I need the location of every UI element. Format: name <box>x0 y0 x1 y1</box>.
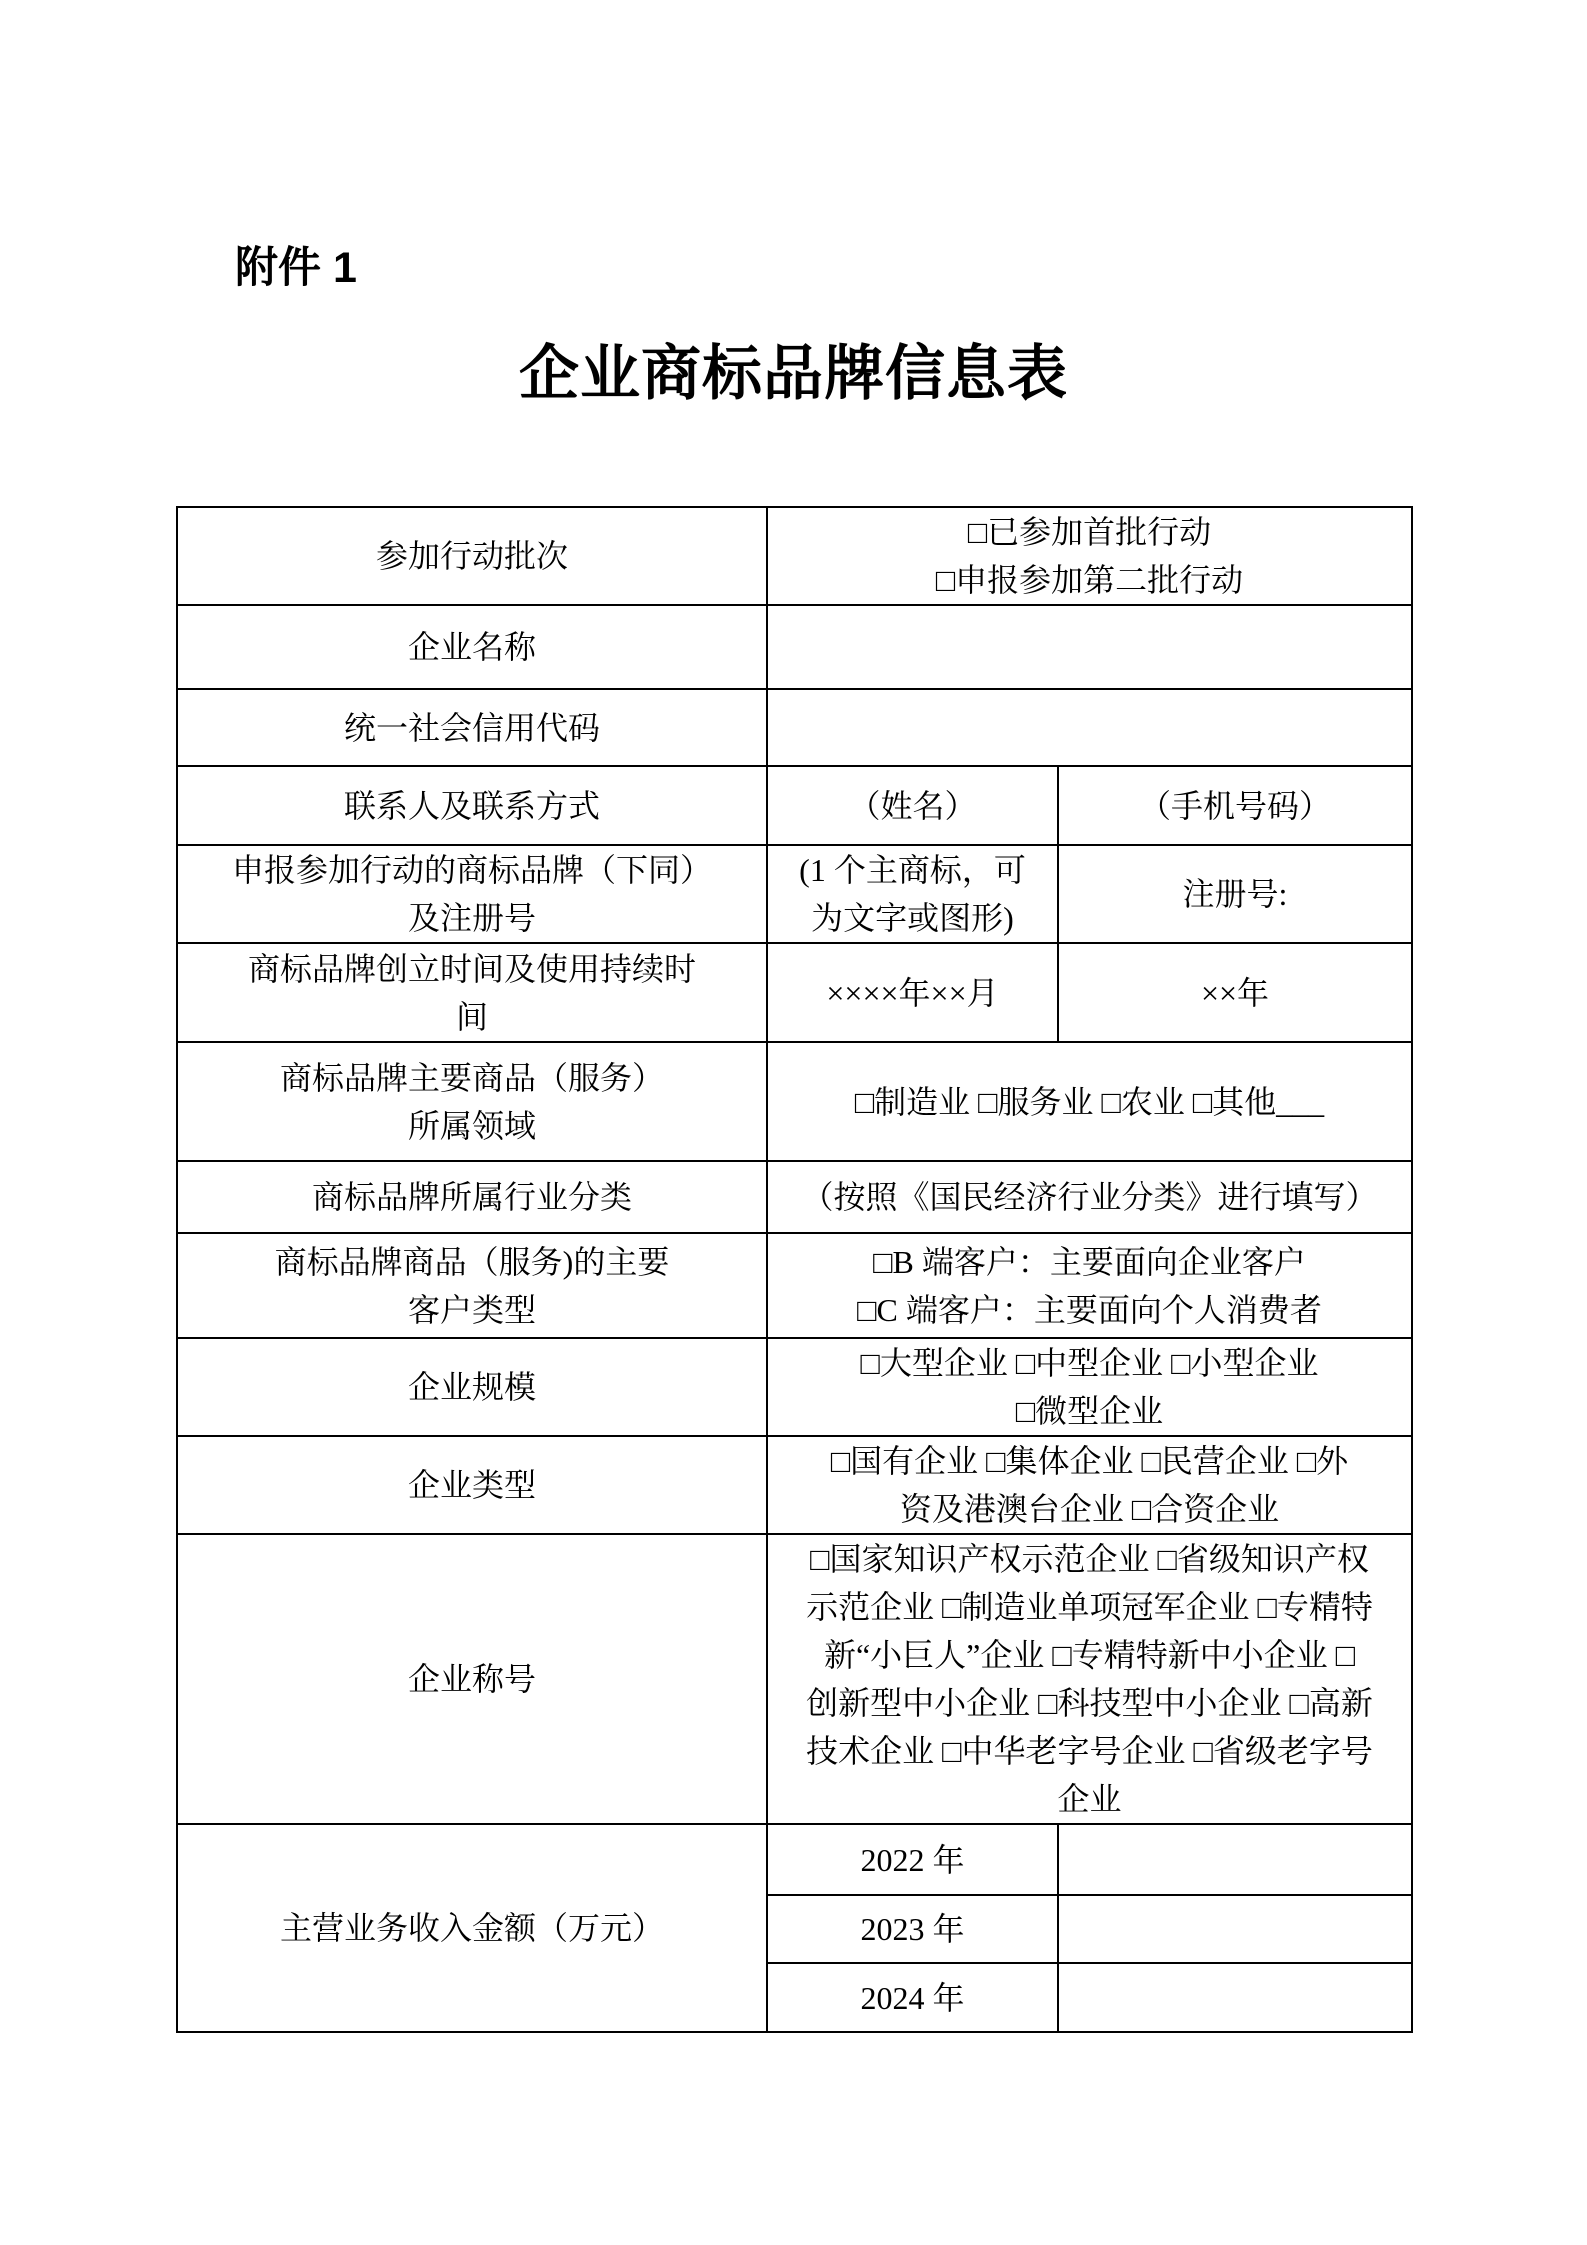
row-credit-code: 统一社会信用代码 <box>177 689 1412 766</box>
row-label: 商标品牌主要商品（服务） <box>178 1054 766 1102</box>
registration-number-label: 注册号: <box>1059 870 1411 918</box>
contact-phone-cell[interactable]: （手机号码） <box>1058 766 1412 845</box>
row-label: 企业名称 <box>178 623 766 671</box>
contact-phone-hint: （手机号码） <box>1059 782 1411 830</box>
doc-title: 企业商标品牌信息表 <box>0 338 1587 410</box>
revenue-2023-input-cell[interactable] <box>1058 1895 1412 1963</box>
founding-time-label-cell: 商标品牌创立时间及使用持续时 间 <box>177 943 767 1042</box>
trademark-hint: (1 个主商标，可 <box>768 846 1057 894</box>
industry-hint-cell[interactable]: （按照《国民经济行业分类》进行填写） <box>767 1161 1412 1233</box>
trademark-main-cell[interactable]: (1 个主商标，可 为文字或图形) <box>767 845 1058 943</box>
attachment-label: 附件 1 <box>235 240 357 296</box>
checkbox-option: 资及港澳台企业 □合资企业 <box>768 1485 1411 1533</box>
checkbox-option: □大型企业 □中型企业 □小型企业 <box>768 1339 1411 1387</box>
company-name-label-cell: 企业名称 <box>177 605 767 689</box>
credit-code-label-cell: 统一社会信用代码 <box>177 689 767 766</box>
revenue-year-cell: 2024 年 <box>767 1963 1058 2032</box>
row-label: 联系人及联系方式 <box>178 782 766 830</box>
revenue-year-cell: 2022 年 <box>767 1824 1058 1895</box>
duration-placeholder: ××年 <box>1059 969 1411 1017</box>
checkbox-option: □制造业 □服务业 □农业 □其他___ <box>768 1078 1411 1126</box>
revenue-2024-input-cell[interactable] <box>1058 1963 1412 2032</box>
revenue-year: 2024 年 <box>768 1974 1057 2022</box>
checkbox-option: □国家知识产权示范企业 □省级知识产权 <box>768 1535 1411 1583</box>
trademark-hint: 为文字或图形) <box>768 894 1057 942</box>
type-options-cell: □国有企业 □集体企业 □民营企业 □外 资及港澳台企业 □合资企业 <box>767 1436 1412 1534</box>
type-label-cell: 企业类型 <box>177 1436 767 1534</box>
scale-label-cell: 企业规模 <box>177 1338 767 1436</box>
honors-options-cell: □国家知识产权示范企业 □省级知识产权 示范企业 □制造业单项冠军企业 □专精特… <box>767 1534 1412 1824</box>
row-scale: 企业规模 □大型企业 □中型企业 □小型企业 □微型企业 <box>177 1338 1412 1436</box>
founding-date-placeholder: ××××年××月 <box>768 969 1057 1017</box>
document-page: 附件 1 企业商标品牌信息表 参加行动批次 □已参加首批行动 □申报参加第二批行… <box>0 0 1587 2245</box>
contact-label-cell: 联系人及联系方式 <box>177 766 767 845</box>
row-label: 间 <box>178 993 766 1041</box>
checkbox-option: □申报参加第二批行动 <box>768 556 1411 604</box>
trademark-label-cell: 申报参加行动的商标品牌（下同） 及注册号 <box>177 845 767 943</box>
row-type: 企业类型 □国有企业 □集体企业 □民营企业 □外 资及港澳台企业 □合资企业 <box>177 1436 1412 1534</box>
checkbox-option: □国有企业 □集体企业 □民营企业 □外 <box>768 1437 1411 1485</box>
row-label: 商标品牌创立时间及使用持续时 <box>178 945 766 993</box>
row-label: 主营业务收入金额（万元） <box>178 1904 766 1952</box>
checkbox-option: 企业 <box>768 1775 1411 1823</box>
row-trademark: 申报参加行动的商标品牌（下同） 及注册号 (1 个主商标，可 为文字或图形) 注… <box>177 845 1412 943</box>
batch-options-cell: □已参加首批行动 □申报参加第二批行动 <box>767 507 1412 605</box>
batch-label-cell: 参加行动批次 <box>177 507 767 605</box>
row-label: 企业规模 <box>178 1363 766 1411</box>
row-label: 参加行动批次 <box>178 532 766 580</box>
sector-label-cell: 商标品牌主要商品（服务） 所属领域 <box>177 1042 767 1161</box>
checkbox-option: 示范企业 □制造业单项冠军企业 □专精特 <box>768 1583 1411 1631</box>
industry-label-cell: 商标品牌所属行业分类 <box>177 1161 767 1233</box>
company-name-input-cell[interactable] <box>767 605 1412 689</box>
revenue-year: 2023 年 <box>768 1905 1057 1953</box>
row-label: 统一社会信用代码 <box>178 704 766 752</box>
row-label: 申报参加行动的商标品牌（下同） <box>178 846 766 894</box>
revenue-year-cell: 2023 年 <box>767 1895 1058 1963</box>
row-company-name: 企业名称 <box>177 605 1412 689</box>
row-label: 及注册号 <box>178 894 766 942</box>
row-label: 商标品牌商品（服务)的主要 <box>178 1238 766 1286</box>
honors-label-cell: 企业称号 <box>177 1534 767 1824</box>
info-table: 参加行动批次 □已参加首批行动 □申报参加第二批行动 企业名称 统一社会信用代码… <box>176 506 1413 2033</box>
row-label: 企业类型 <box>178 1461 766 1509</box>
row-label: 企业称号 <box>178 1655 766 1703</box>
credit-code-input-cell[interactable] <box>767 689 1412 766</box>
customer-label-cell: 商标品牌商品（服务)的主要 客户类型 <box>177 1233 767 1338</box>
row-batch: 参加行动批次 □已参加首批行动 □申报参加第二批行动 <box>177 507 1412 605</box>
row-honors: 企业称号 □国家知识产权示范企业 □省级知识产权 示范企业 □制造业单项冠军企业… <box>177 1534 1412 1824</box>
checkbox-option: 创新型中小企业 □科技型中小企业 □高新 <box>768 1679 1411 1727</box>
founding-date-cell[interactable]: ××××年××月 <box>767 943 1058 1042</box>
checkbox-option: □B 端客户：主要面向企业客户 <box>768 1238 1411 1286</box>
contact-name-cell[interactable]: （姓名） <box>767 766 1058 845</box>
checkbox-option: □已参加首批行动 <box>768 508 1411 556</box>
scale-options-cell: □大型企业 □中型企业 □小型企业 □微型企业 <box>767 1338 1412 1436</box>
checkbox-option: □C 端客户：主要面向个人消费者 <box>768 1286 1411 1334</box>
checkbox-option: □微型企业 <box>768 1387 1411 1435</box>
sector-options-cell: □制造业 □服务业 □农业 □其他___ <box>767 1042 1412 1161</box>
revenue-2022-input-cell[interactable] <box>1058 1824 1412 1895</box>
row-label: 客户类型 <box>178 1286 766 1334</box>
customer-options-cell: □B 端客户：主要面向企业客户 □C 端客户：主要面向个人消费者 <box>767 1233 1412 1338</box>
row-contact: 联系人及联系方式 （姓名） （手机号码） <box>177 766 1412 845</box>
trademark-reg-cell[interactable]: 注册号: <box>1058 845 1412 943</box>
checkbox-option: 技术企业 □中华老字号企业 □省级老字号 <box>768 1727 1411 1775</box>
row-founding-time: 商标品牌创立时间及使用持续时 间 ××××年××月 ××年 <box>177 943 1412 1042</box>
revenue-label-cell: 主营业务收入金额（万元） <box>177 1824 767 2032</box>
row-label: 所属领域 <box>178 1102 766 1150</box>
contact-name-hint: （姓名） <box>768 782 1057 830</box>
industry-hint: （按照《国民经济行业分类》进行填写） <box>768 1173 1411 1221</box>
row-sector: 商标品牌主要商品（服务） 所属领域 □制造业 □服务业 □农业 □其他___ <box>177 1042 1412 1161</box>
row-industry: 商标品牌所属行业分类 （按照《国民经济行业分类》进行填写） <box>177 1161 1412 1233</box>
row-customer: 商标品牌商品（服务)的主要 客户类型 □B 端客户：主要面向企业客户 □C 端客… <box>177 1233 1412 1338</box>
row-revenue-2022: 主营业务收入金额（万元） 2022 年 <box>177 1824 1412 1895</box>
checkbox-option: 新“小巨人”企业 □专精特新中小企业 □ <box>768 1631 1411 1679</box>
duration-cell[interactable]: ××年 <box>1058 943 1412 1042</box>
revenue-year: 2022 年 <box>768 1836 1057 1884</box>
row-label: 商标品牌所属行业分类 <box>178 1173 766 1221</box>
